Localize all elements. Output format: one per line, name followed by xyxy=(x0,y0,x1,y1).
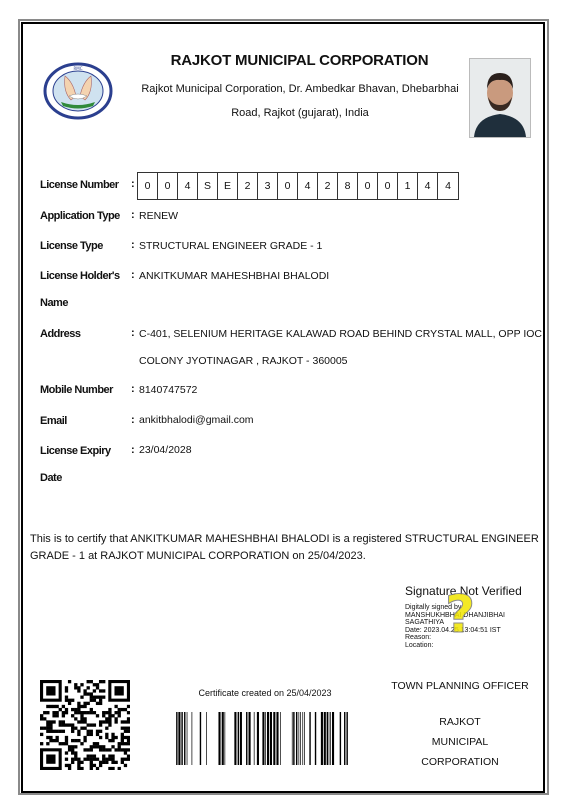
colon: : xyxy=(131,269,135,281)
address-value-line-1: C-401, SELENIUM HERITAGE KALAWAD ROAD BE… xyxy=(139,328,542,340)
colon: : xyxy=(131,444,135,456)
license-digit: 2 xyxy=(238,173,258,199)
holder-name-value: ANKITKUMAR MAHESHBHAI BHALODI xyxy=(139,270,329,282)
license-digit: 0 xyxy=(358,173,378,199)
colon: : xyxy=(131,327,135,339)
question-mark-icon: ? xyxy=(445,585,475,645)
colon: : xyxy=(131,383,135,395)
email-value: ankitbhalodi@gmail.com xyxy=(139,414,254,426)
expiry-label: License Expiry xyxy=(40,445,111,457)
org-line-3: CORPORATION xyxy=(380,756,540,768)
expiry-label-2: Date xyxy=(40,472,62,484)
license-digit: 0 xyxy=(278,173,298,199)
license-digit: 1 xyxy=(398,173,418,199)
qr-code xyxy=(40,680,130,770)
org-line-2: MUNICIPAL xyxy=(380,736,540,748)
license-type-value: STRUCTURAL ENGINEER GRADE - 1 xyxy=(139,240,322,252)
header-address-line-1: Rajkot Municipal Corporation, Dr. Ambedk… xyxy=(130,78,470,100)
license-digit: E xyxy=(218,173,238,199)
certification-text: This is to certify that ANKITKUMAR MAHES… xyxy=(30,531,540,565)
officer-title: TOWN PLANNING OFFICER xyxy=(380,680,540,692)
application-type-label: Application Type xyxy=(40,210,120,222)
holder-name-label-2: Name xyxy=(40,297,68,309)
license-digit: 4 xyxy=(418,173,438,199)
rmc-emblem-icon: RMC xyxy=(43,62,113,117)
address-value-line-2: COLONY JYOTINAGAR , RAJKOT - 360005 xyxy=(139,355,348,367)
license-number-boxes: 004SE23042800144 xyxy=(137,172,459,200)
license-digit: 0 xyxy=(158,173,178,199)
certificate-created-date: Certificate created on 25/04/2023 xyxy=(170,688,360,698)
mobile-value: 8140747572 xyxy=(139,384,197,396)
expiry-value: 23/04/2028 xyxy=(139,444,192,456)
application-type-value: RENEW xyxy=(139,210,178,222)
license-type-label: License Type xyxy=(40,240,103,252)
holder-name-label: License Holder's xyxy=(40,270,120,282)
mobile-label: Mobile Number xyxy=(40,384,113,396)
license-digit: 4 xyxy=(438,173,458,199)
org-line-1: RAJKOT xyxy=(380,716,540,728)
barcode xyxy=(174,712,352,765)
license-digit: 8 xyxy=(338,173,358,199)
email-label: Email xyxy=(40,415,67,427)
header-address-line-2: Road, Rajkot (gujarat), India xyxy=(130,102,470,124)
colon: : xyxy=(131,209,135,221)
license-holder-photo xyxy=(469,58,531,138)
license-digit: 4 xyxy=(178,173,198,199)
license-digit: 0 xyxy=(378,173,398,199)
license-digit: 3 xyxy=(258,173,278,199)
address-label: Address xyxy=(40,328,81,340)
license-number-label: License Number xyxy=(40,179,119,191)
license-digit: 4 xyxy=(298,173,318,199)
colon: : xyxy=(131,239,135,251)
license-digit: 0 xyxy=(138,173,158,199)
license-digit: 2 xyxy=(318,173,338,199)
certificate-inner-border xyxy=(21,22,545,793)
colon: : xyxy=(131,414,135,426)
colon: : xyxy=(131,178,135,190)
license-digit: S xyxy=(198,173,218,199)
